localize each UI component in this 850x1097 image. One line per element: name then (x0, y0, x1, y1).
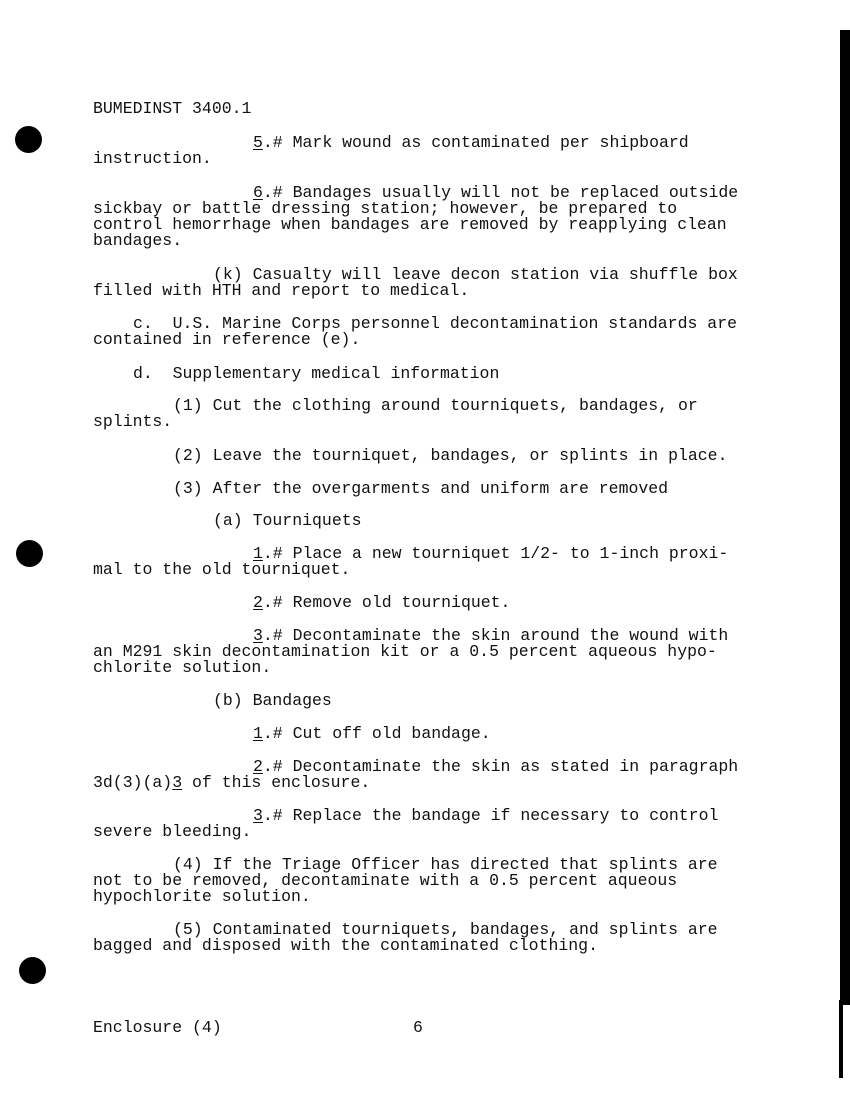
line-text: control hemorrhage when bandages are rem… (93, 215, 727, 234)
text-line: severe bleeding. (93, 824, 251, 840)
item-number: 5 (253, 133, 263, 152)
text-line: d. Supplementary medical information (133, 366, 499, 382)
text-line: instruction. (93, 151, 212, 167)
scan-edge-bar-thin (839, 1000, 843, 1078)
item-number: 3 (172, 773, 182, 792)
line-text: d. Supplementary medical information (133, 364, 499, 383)
line-text: .# Cut off old bandage. (263, 724, 491, 743)
punch-hole (19, 957, 46, 984)
text-line: bagged and disposed with the contaminate… (93, 938, 598, 954)
punch-hole (15, 126, 42, 153)
text-line: (2) Leave the tourniquet, bandages, or s… (173, 448, 728, 464)
text-line: (1) Cut the clothing around tourniquets,… (173, 398, 698, 414)
line-text: (b) Bandages (213, 691, 332, 710)
text-line: 2.# Remove old tourniquet. (253, 595, 510, 611)
text-line: 5.# Mark wound as contaminated per shipb… (253, 135, 689, 151)
text-line: mal to the old tourniquet. (93, 562, 350, 578)
text-line: control hemorrhage when bandages are rem… (93, 217, 727, 233)
text-line: splints. (93, 414, 172, 430)
line-text: BUMEDINST 3400.1 (93, 99, 251, 118)
line-text: .# Remove old tourniquet. (263, 593, 511, 612)
line-text: bagged and disposed with the contaminate… (93, 936, 598, 955)
text-line: filled with HTH and report to medical. (93, 283, 469, 299)
line-text: splints. (93, 412, 172, 431)
text-line: 3d(3)(a)3 of this enclosure. (93, 775, 370, 791)
page-number: 6 (413, 1020, 423, 1036)
line-text: contained in reference (e). (93, 330, 360, 349)
text-line: (a) Tourniquets (213, 513, 362, 529)
line-text: of this enclosure. (182, 773, 370, 792)
text-line: (b) Bandages (213, 693, 332, 709)
line-text: instruction. (93, 149, 212, 168)
line-text: mal to the old tourniquet. (93, 560, 350, 579)
footer-enclosure: Enclosure (4) (93, 1020, 222, 1036)
scan-edge-bar-thick (840, 30, 850, 1005)
line-text: (1) Cut the clothing around tourniquets,… (173, 396, 698, 415)
item-number: 3 (253, 806, 263, 825)
line-text: .# Mark wound as contaminated per shipbo… (263, 133, 689, 152)
line-text: .# Replace the bandage if necessary to c… (263, 806, 718, 825)
text-line: chlorite solution. (93, 660, 271, 676)
document-header: BUMEDINST 3400.1 (93, 101, 251, 117)
line-text: (a) Tourniquets (213, 511, 362, 530)
text-line: bandages. (93, 233, 182, 249)
line-text: severe bleeding. (93, 822, 251, 841)
item-number: 2 (253, 593, 263, 612)
line-text: (3) After the overgarments and uniform a… (173, 479, 668, 498)
text-line: hypochlorite solution. (93, 889, 311, 905)
punch-hole (16, 540, 43, 567)
line-text: chlorite solution. (93, 658, 271, 677)
text-line: 1.# Cut off old bandage. (253, 726, 491, 742)
line-text: (2) Leave the tourniquet, bandages, or s… (173, 446, 728, 465)
item-number: 1 (253, 724, 263, 743)
line-text: bandages. (93, 231, 182, 250)
line-text: filled with HTH and report to medical. (93, 281, 469, 300)
text-line: (3) After the overgarments and uniform a… (173, 481, 668, 497)
text-line: 3.# Replace the bandage if necessary to … (253, 808, 718, 824)
document-page: BUMEDINST 3400.15.# Mark wound as contam… (0, 0, 850, 1097)
paragraph-ref: 3d(3)(a) (93, 773, 172, 792)
text-line: contained in reference (e). (93, 332, 360, 348)
line-text: hypochlorite solution. (93, 887, 311, 906)
